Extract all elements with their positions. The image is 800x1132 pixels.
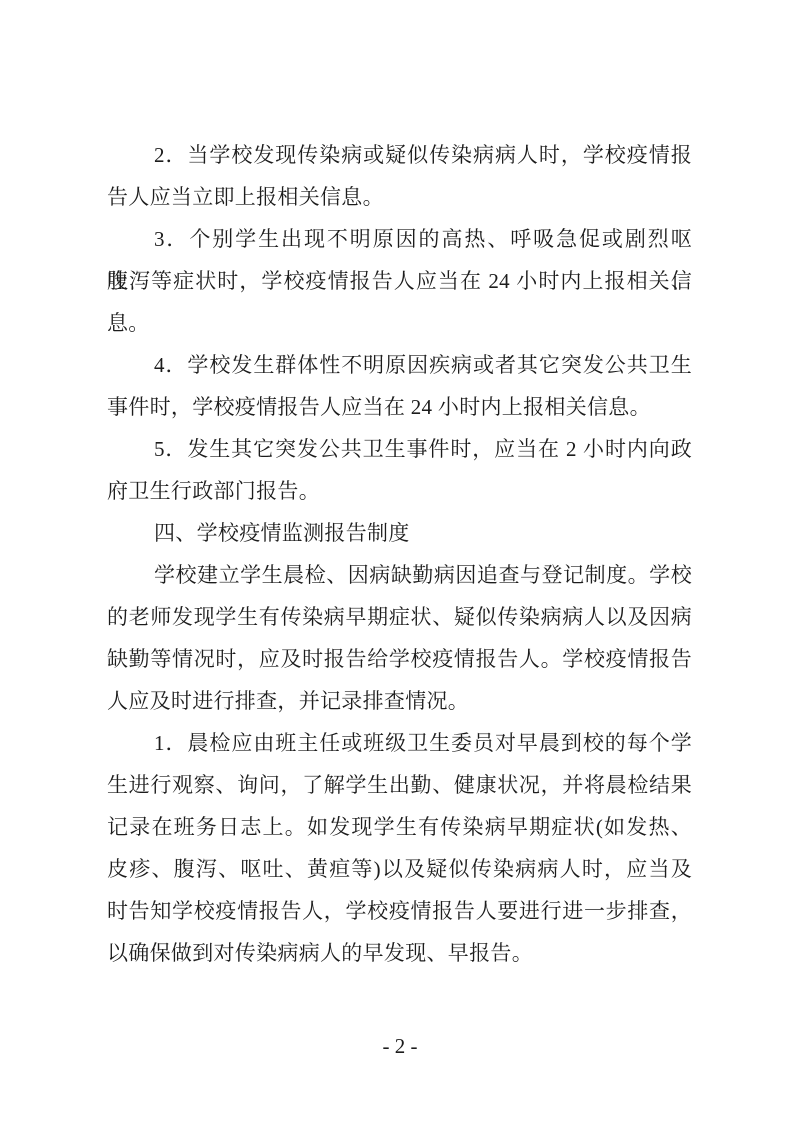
text-line: 1．晨检应由班主任或班级卫生委员对早晨到校的每个学: [107, 722, 692, 764]
text-line: 的老师发现学生有传染病早期症状、疑似传染病病人以及因病: [107, 596, 692, 638]
text-line: 腹泻等症状时，学校疫情报告人应当在 24 小时内上报相关信: [107, 260, 692, 302]
text-line: 缺勤等情况时，应及时报告给学校疫情报告人。学校疫情报告: [107, 638, 692, 680]
text-line: 府卫生行政部门报告。: [107, 470, 692, 512]
text-line: 皮疹、腹泻、呕吐、黄疸等)以及疑似传染病病人时，应当及: [107, 848, 692, 890]
text-line: 2．当学校发现传染病或疑似传染病病人时，学校疫情报: [107, 134, 692, 176]
text-line: 息。: [107, 302, 692, 344]
text-line: 4．学校发生群体性不明原因疾病或者其它突发公共卫生: [107, 344, 692, 386]
text-line: 事件时，学校疫情报告人应当在 24 小时内上报相关信息。: [107, 386, 692, 428]
text-line: 生进行观察、询问，了解学生出勤、健康状况，并将晨检结果: [107, 764, 692, 806]
text-line: 记录在班务日志上。如发现学生有传染病早期症状(如发热、: [107, 806, 692, 848]
document-page: 2．当学校发现传染病或疑似传染病病人时，学校疫情报告人应当立即上报相关信息。3．…: [0, 0, 800, 1132]
text-line: 告人应当立即上报相关信息。: [107, 176, 692, 218]
text-line: 5．发生其它突发公共卫生事件时，应当在 2 小时内向政: [107, 428, 692, 470]
page-number: - 2 -: [0, 1032, 800, 1060]
text-line: 四、学校疫情监测报告制度: [107, 512, 692, 554]
text-line: 3．个别学生出现不明原因的高热、呼吸急促或剧烈呕吐、: [107, 218, 692, 260]
text-line: 人应及时进行排查，并记录排查情况。: [107, 680, 692, 722]
text-line: 时告知学校疫情报告人，学校疫情报告人要进行进一步排查，: [107, 890, 692, 932]
text-line: 以确保做到对传染病病人的早发现、早报告。: [107, 932, 692, 974]
text-line: 学校建立学生晨检、因病缺勤病因追查与登记制度。学校: [107, 554, 692, 596]
document-body: 2．当学校发现传染病或疑似传染病病人时，学校疫情报告人应当立即上报相关信息。3．…: [107, 134, 692, 974]
